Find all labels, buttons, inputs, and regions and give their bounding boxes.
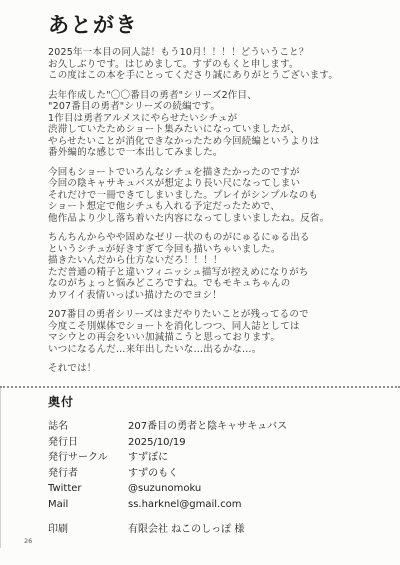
afterword-paragraph-5: 207番目の勇者シリーズはまだやりたいことが残ってるので 今度こそ別媒体でショー…	[48, 309, 386, 355]
colophon-row-publish-date: 発行日 2025/10/19	[48, 437, 400, 448]
afterword-paragraph-2: 去年作成した"〇〇番目の勇者"シリーズ2作目、 "207番目の勇者"シリーズの続…	[48, 90, 386, 159]
afterword-closing: それでは！	[48, 363, 386, 375]
colophon-label: 誌名	[48, 421, 128, 432]
colophon-value: すずぼに	[128, 452, 400, 463]
colophon-label: 発行サークル	[48, 452, 128, 463]
colophon-row-publisher: 発行者 すずのもく	[48, 468, 400, 479]
colophon-label: 発行日	[48, 437, 128, 448]
colophon-label: 発行者	[48, 468, 128, 479]
afterword-section: あとがき 2025年一本目の同人誌！もう10月！！！！どういうこと？ お久しぶり…	[48, 13, 386, 383]
colophon-value: @suzunomoku	[128, 483, 400, 494]
colophon-row-twitter: Twitter @suzunomoku	[48, 483, 400, 494]
scanned-doujinshi-page: あとがき 2025年一本目の同人誌！もう10月！！！！どういうこと？ お久しぶり…	[0, 0, 400, 565]
page-number: 26	[24, 537, 32, 545]
colophon-value: 有限会社 ねこのしっぽ 様	[128, 524, 400, 535]
colophon-value: ss.harknel@gmail.com	[128, 499, 400, 510]
colophon-rows: 誌名 207番目の勇者と陰キャサキュバス 発行日 2025/10/19 発行サー…	[48, 421, 400, 535]
colophon-value: 2025/10/19	[128, 437, 400, 448]
afterword-title: あとがき	[48, 13, 386, 38]
colophon-label: Twitter	[48, 483, 128, 494]
colophon-heading: 奥付	[48, 395, 400, 409]
colophon-row-title: 誌名 207番目の勇者と陰キャサキュバス	[48, 421, 400, 432]
colophon-row-printer: 印刷 有限会社 ねこのしっぽ 様	[48, 524, 400, 535]
colophon-label: Mail	[48, 499, 128, 510]
colophon-value: すずのもく	[128, 468, 400, 479]
colophon-row-circle: 発行サークル すずぼに	[48, 452, 400, 463]
colophon-label: 印刷	[48, 524, 128, 535]
colophon-row-mail: Mail ss.harknel@gmail.com	[48, 499, 400, 510]
afterword-paragraph-1: 2025年一本目の同人誌！もう10月！！！！どういうこと？ お久しぶりです。はじ…	[48, 47, 386, 82]
colophon-section: 奥付 誌名 207番目の勇者と陰キャサキュバス 発行日 2025/10/19 発…	[0, 386, 400, 565]
afterword-paragraph-3: 今回もショートでいろんなシチュを描きたかったのですが 今回の陰キャサキュバスが想…	[48, 167, 386, 225]
afterword-paragraph-4: ちんちんからやや固めなゼリー状のものがにゅるにゅる出る というシチュが好きすぎて…	[48, 232, 386, 301]
colophon-value: 207番目の勇者と陰キャサキュバス	[128, 421, 400, 432]
